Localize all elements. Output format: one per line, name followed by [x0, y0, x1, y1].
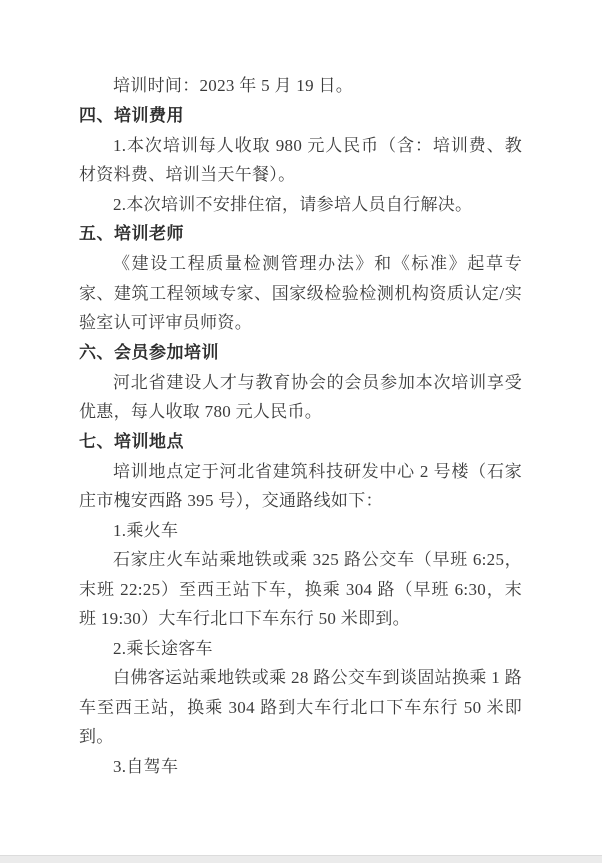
heading-section-5-teachers: 五、培训老师	[79, 219, 522, 249]
paragraph-teachers: 《建设工程质量检测管理办法》和《标准》起草专家、建筑工程领域专家、国家级检验检测…	[79, 249, 522, 338]
paragraph-location: 培训地点定于河北省建筑科技研发中心 2 号楼（石家庄市槐安西路 395 号），交…	[79, 457, 522, 516]
heading-section-4-fees: 四、培训费用	[79, 101, 522, 131]
heading-section-7-location: 七、培训地点	[79, 427, 522, 457]
paragraph-route-2-detail: 白佛客运站乘地铁或乘 28 路公交车到谈固站换乘 1 路车至西王站，换乘 304…	[79, 663, 522, 752]
paragraph-route-1-title: 1.乘火车	[79, 516, 522, 546]
document-page: 培训时间：2023 年 5 月 19 日。 四、培训费用 1.本次培训每人收取 …	[0, 0, 602, 863]
paragraph-member-discount: 河北省建设人才与教育协会的会员参加本次培训享受优惠，每人收取 780 元人民币。	[79, 368, 522, 427]
page-bottom-edge	[0, 855, 602, 863]
paragraph-route-2-title: 2.乘长途客车	[79, 634, 522, 664]
paragraph-route-1-detail: 石家庄火车站乘地铁或乘 325 路公交车（早班 6:25，末班 22:25）至西…	[79, 545, 522, 634]
paragraph-route-3-title: 3.自驾车	[79, 752, 522, 782]
document-body: 培训时间：2023 年 5 月 19 日。 四、培训费用 1.本次培训每人收取 …	[79, 71, 522, 781]
heading-section-6-members: 六、会员参加培训	[79, 338, 522, 368]
paragraph-fee-item-2: 2.本次培训不安排住宿，请参培人员自行解决。	[79, 190, 522, 220]
paragraph-fee-item-1: 1.本次培训每人收取 980 元人民币（含：培训费、教材资料费、培训当天午餐）。	[79, 131, 522, 190]
paragraph-training-time: 培训时间：2023 年 5 月 19 日。	[79, 71, 522, 101]
